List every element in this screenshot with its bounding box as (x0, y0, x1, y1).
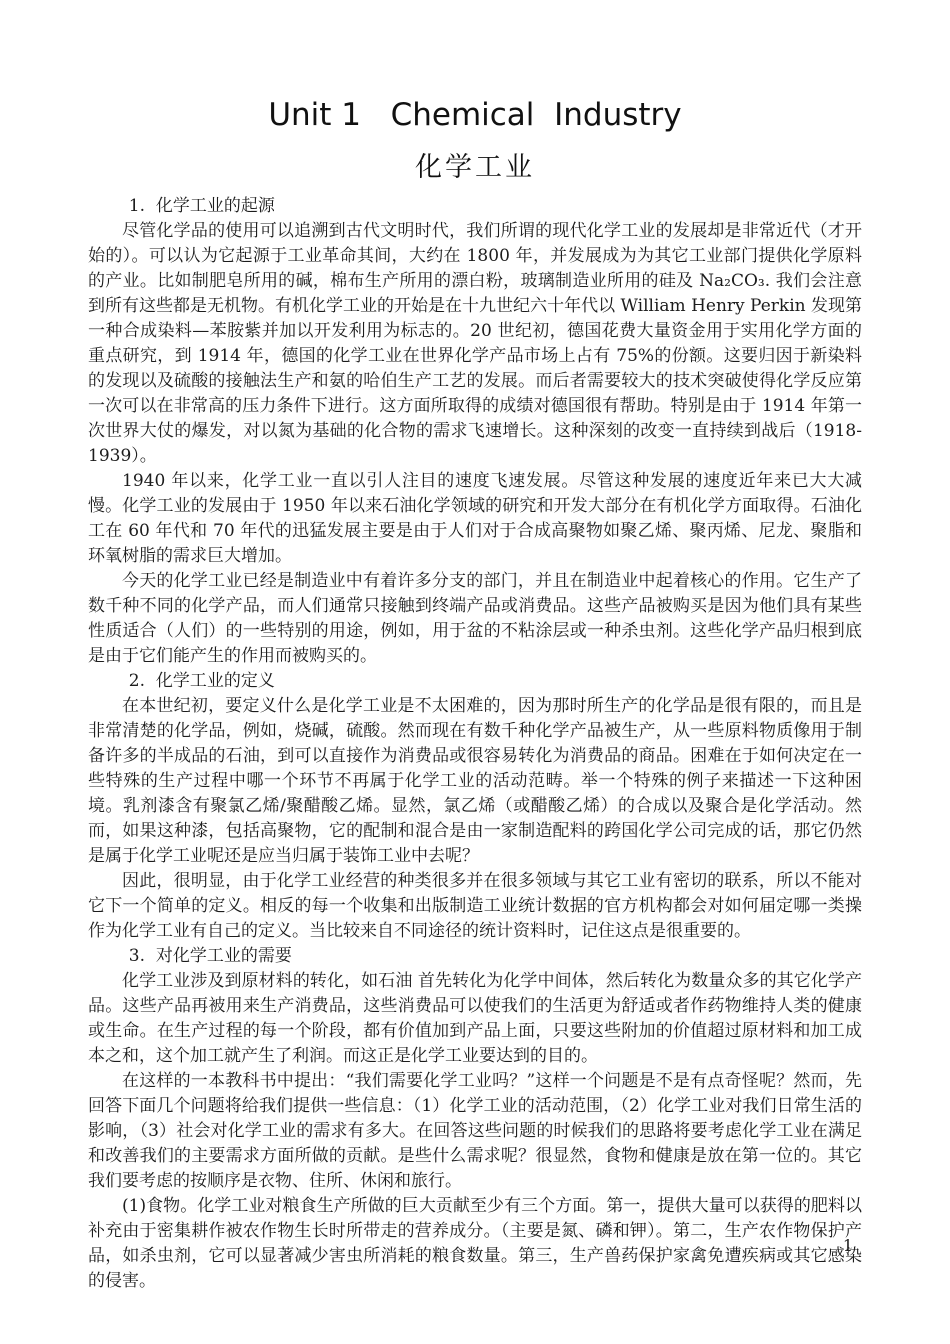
document-title-english: Unit 1 Chemical Industry (88, 96, 862, 134)
paragraph: 尽管化学品的使用可以追溯到古代文明时代，我们所谓的现代化学工业的发展却是非常近代… (88, 219, 862, 469)
document-body: 1. 化学工业的起源 尽管化学品的使用可以追溯到古代文明时代，我们所谓的现代化学… (88, 194, 862, 1294)
paragraph: 在这样的一本教科书中提出：“我们需要化学工业吗？”这样一个问题是不是有点奇怪呢？… (88, 1069, 862, 1194)
page-number: 1 (843, 1236, 853, 1255)
paragraph: 因此，很明显，由于化学工业经营的种类很多并在很多领域与其它工业有密切的联系，所以… (88, 869, 862, 944)
paragraph: 今天的化学工业已经是制造业中有着许多分支的部门，并且在制造业中起着核心的作用。它… (88, 569, 862, 669)
paragraph: 1940 年以来，化学工业一直以引人注目的速度飞速发展。尽管这种发展的速度近年来… (88, 469, 862, 569)
paragraph: (1)食物。化学工业对粮食生产所做的巨大贡献至少有三个方面。第一，提供大量可以获… (88, 1194, 862, 1294)
document-title-chinese: 化学工业 (88, 149, 862, 187)
section-heading-need: 3. 对化学工业的需要 (88, 944, 862, 969)
paragraph: 化学工业涉及到原材料的转化，如石油 首先转化为化学中间体，然后转化为数量众多的其… (88, 969, 862, 1069)
document-page: Unit 1 Chemical Industry 化学工业 1. 化学工业的起源… (0, 0, 950, 1344)
section-heading-origin: 1. 化学工业的起源 (88, 194, 862, 219)
section-heading-definition: 2. 化学工业的定义 (88, 669, 862, 694)
paragraph: 在本世纪初，要定义什么是化学工业是不太困难的，因为那时所生产的化学品是很有限的，… (88, 694, 862, 869)
